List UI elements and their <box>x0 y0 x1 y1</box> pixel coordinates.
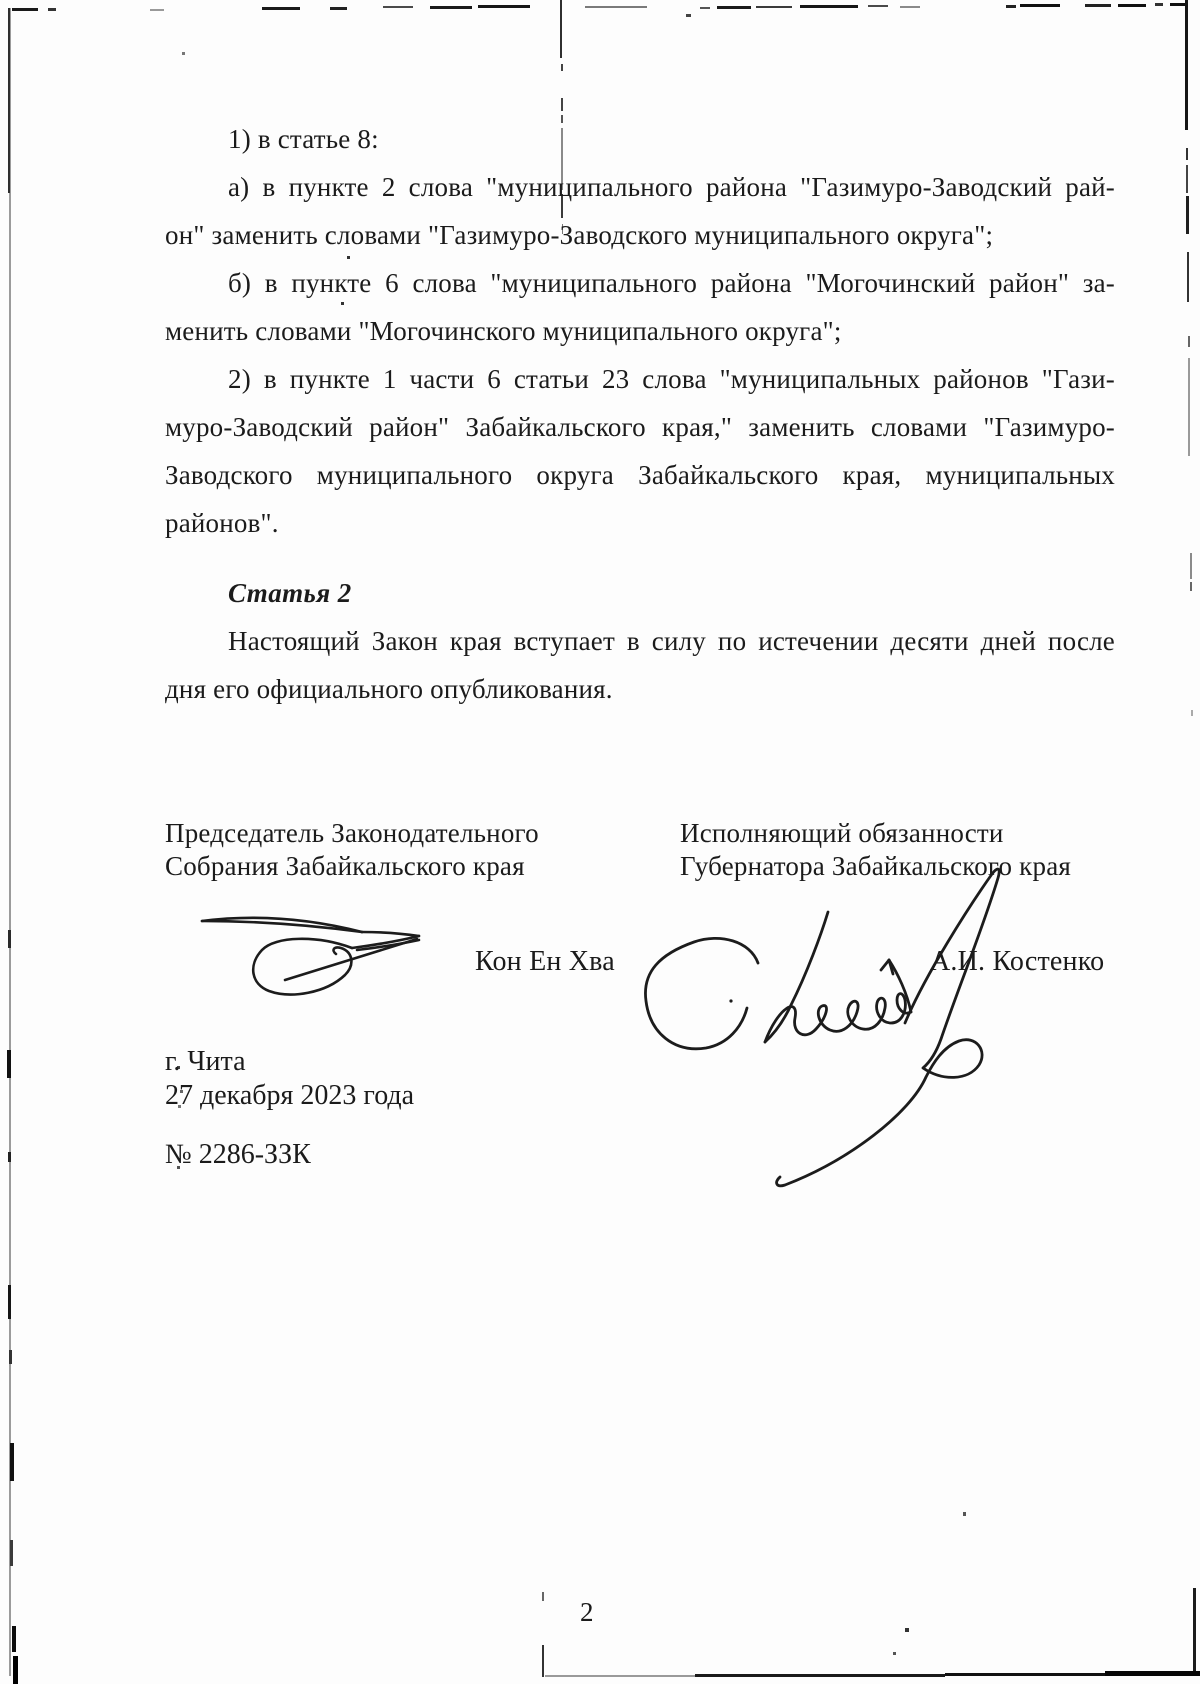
scan-mark <box>1020 4 1060 7</box>
scan-mark <box>963 1512 966 1516</box>
scan-mark <box>10 1540 13 1566</box>
scan-mark <box>1155 3 1163 6</box>
right-signature-autograph <box>600 855 1020 1200</box>
left-signatory-name: Кон Ен Хва <box>475 946 615 978</box>
scan-mark <box>800 5 858 8</box>
scan-mark <box>1006 5 1016 8</box>
scan-mark <box>9 1350 12 1364</box>
scan-mark <box>12 1626 16 1652</box>
scan-mark <box>1186 148 1188 160</box>
scan-mark <box>686 14 691 17</box>
scan-mark <box>1118 4 1146 7</box>
scan-mark <box>1186 196 1189 234</box>
scan-mark <box>1190 553 1192 579</box>
right-signatory-title-line1: Исполняющий обязанности <box>680 817 1071 850</box>
left-signatory-title-line2: Собрания Забайкальского края <box>165 850 539 883</box>
signing-date: 27 декабря 2023 года <box>165 1080 414 1112</box>
scan-mark <box>561 98 563 111</box>
scan-mark <box>13 1656 18 1684</box>
scan-mark <box>150 9 164 11</box>
scan-mark <box>1191 710 1193 716</box>
text-line: дня его официального опубликования. <box>165 665 1115 713</box>
right-signatory-name: А.И. Костенко <box>930 946 1104 978</box>
scan-mark <box>182 52 185 55</box>
page-number: 2 <box>580 1597 594 1628</box>
scan-mark <box>695 1674 945 1677</box>
scan-mark <box>8 8 10 193</box>
text-line: Заводского муниципального округа Забайка… <box>165 451 1115 499</box>
text-line: районов". <box>165 499 1115 547</box>
text-line: Настоящий Закон края вступает в силу по … <box>165 617 1115 665</box>
scan-mark <box>1105 1671 1200 1676</box>
scan-mark <box>868 5 888 7</box>
scanned-page: 1) в статье 8:а) в пункте 2 слова "муниц… <box>0 0 1200 1684</box>
scan-mark <box>9 8 11 1676</box>
text-line: 1) в статье 8: <box>165 115 1115 163</box>
left-signatory-title-line1: Председатель Законодательного <box>165 817 539 850</box>
scan-mark <box>330 7 347 10</box>
scan-mark <box>8 1152 11 1162</box>
signing-city: г. Чита <box>165 1046 246 1078</box>
article-heading: Статья 2 <box>165 569 1115 617</box>
scan-mark <box>900 6 920 8</box>
scan-mark <box>560 0 562 58</box>
left-signature-autograph <box>195 905 430 1000</box>
text-line: муро-Заводский район" Забайкальского кра… <box>165 403 1115 451</box>
document-body: 1) в статье 8:а) в пункте 2 слова "муниц… <box>165 115 1115 713</box>
scan-mark <box>542 1592 544 1601</box>
scan-mark <box>262 7 300 10</box>
text-line: а) в пункте 2 слова "муниципального райо… <box>165 163 1115 211</box>
scan-mark <box>545 1675 695 1677</box>
scan-mark <box>1185 0 1188 130</box>
scan-mark <box>717 6 751 9</box>
scan-mark <box>12 8 38 11</box>
scan-mark <box>945 1673 1105 1676</box>
scan-mark <box>48 8 56 11</box>
scan-mark <box>430 6 472 9</box>
scan-mark <box>905 1628 909 1632</box>
scan-mark <box>8 1285 11 1319</box>
left-signatory-title: Председатель Законодательного Собрания З… <box>165 817 539 883</box>
scan-mark <box>383 6 413 8</box>
text-line: б) в пункте 6 слова "муниципального райо… <box>165 259 1115 307</box>
scan-mark <box>1190 582 1192 591</box>
scan-mark <box>585 6 647 8</box>
text-line: 2) в пункте 1 части 6 статьи 23 слова "м… <box>165 355 1115 403</box>
scan-mark <box>478 5 530 8</box>
text-line: он" заменить словами "Газимуро-Заводског… <box>165 211 1115 259</box>
scan-mark <box>893 1652 896 1655</box>
scan-mark <box>1193 1588 1196 1676</box>
text-line: менить словами "Могочинского муниципальн… <box>165 307 1115 355</box>
scan-mark <box>1186 165 1188 193</box>
scan-mark <box>1187 252 1189 302</box>
scan-mark <box>8 930 11 948</box>
scan-mark <box>542 1645 544 1677</box>
scan-mark <box>700 7 710 9</box>
scan-mark <box>1188 358 1190 456</box>
scan-mark <box>756 6 792 8</box>
scan-mark <box>1085 4 1111 7</box>
scan-mark <box>10 1443 14 1481</box>
scan-mark <box>7 1050 11 1078</box>
scan-mark <box>561 64 563 71</box>
document-number: № 2286-ЗЗК <box>165 1139 311 1171</box>
scan-mark <box>1188 336 1190 347</box>
